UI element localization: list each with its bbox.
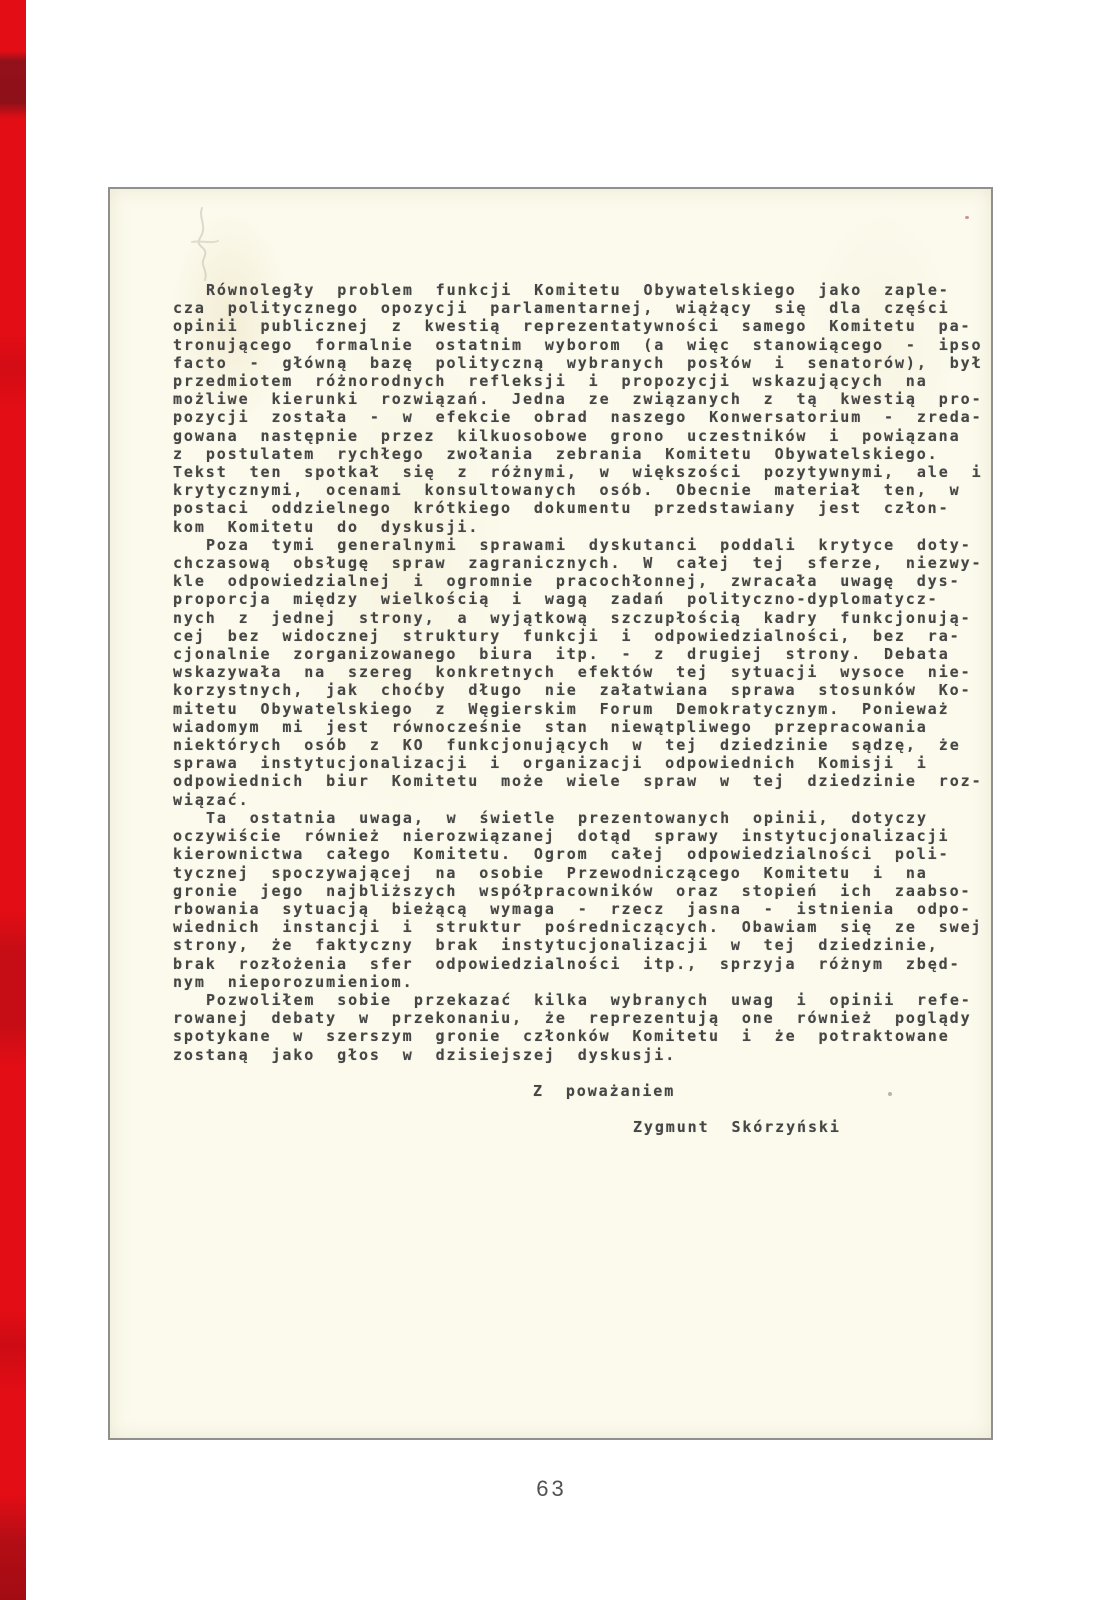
paper-speck bbox=[965, 216, 969, 219]
letter-closing: Z poważaniem bbox=[533, 1082, 983, 1100]
page-background: Równoległy problem funkcji Komitetu Obyw… bbox=[0, 0, 1103, 1600]
letter-paragraph-2: Poza tymi generalnymi sprawami dyskutanc… bbox=[173, 536, 983, 809]
page-number: 63 bbox=[0, 1476, 1103, 1502]
letter-paragraph-1: Równoległy problem funkcji Komitetu Obyw… bbox=[173, 281, 983, 536]
letter-signature: Zygmunt Skórzyński bbox=[633, 1118, 983, 1136]
letter-paragraph-3: Ta ostatnia uwaga, w świetle prezentowan… bbox=[173, 809, 983, 991]
typewritten-letter-text: Równoległy problem funkcji Komitetu Obyw… bbox=[173, 281, 983, 1136]
book-edge-red-strip bbox=[0, 0, 26, 1600]
letter-paragraph-4: Pozwoliłem sobie przekazać kilka wybrany… bbox=[173, 991, 983, 1064]
